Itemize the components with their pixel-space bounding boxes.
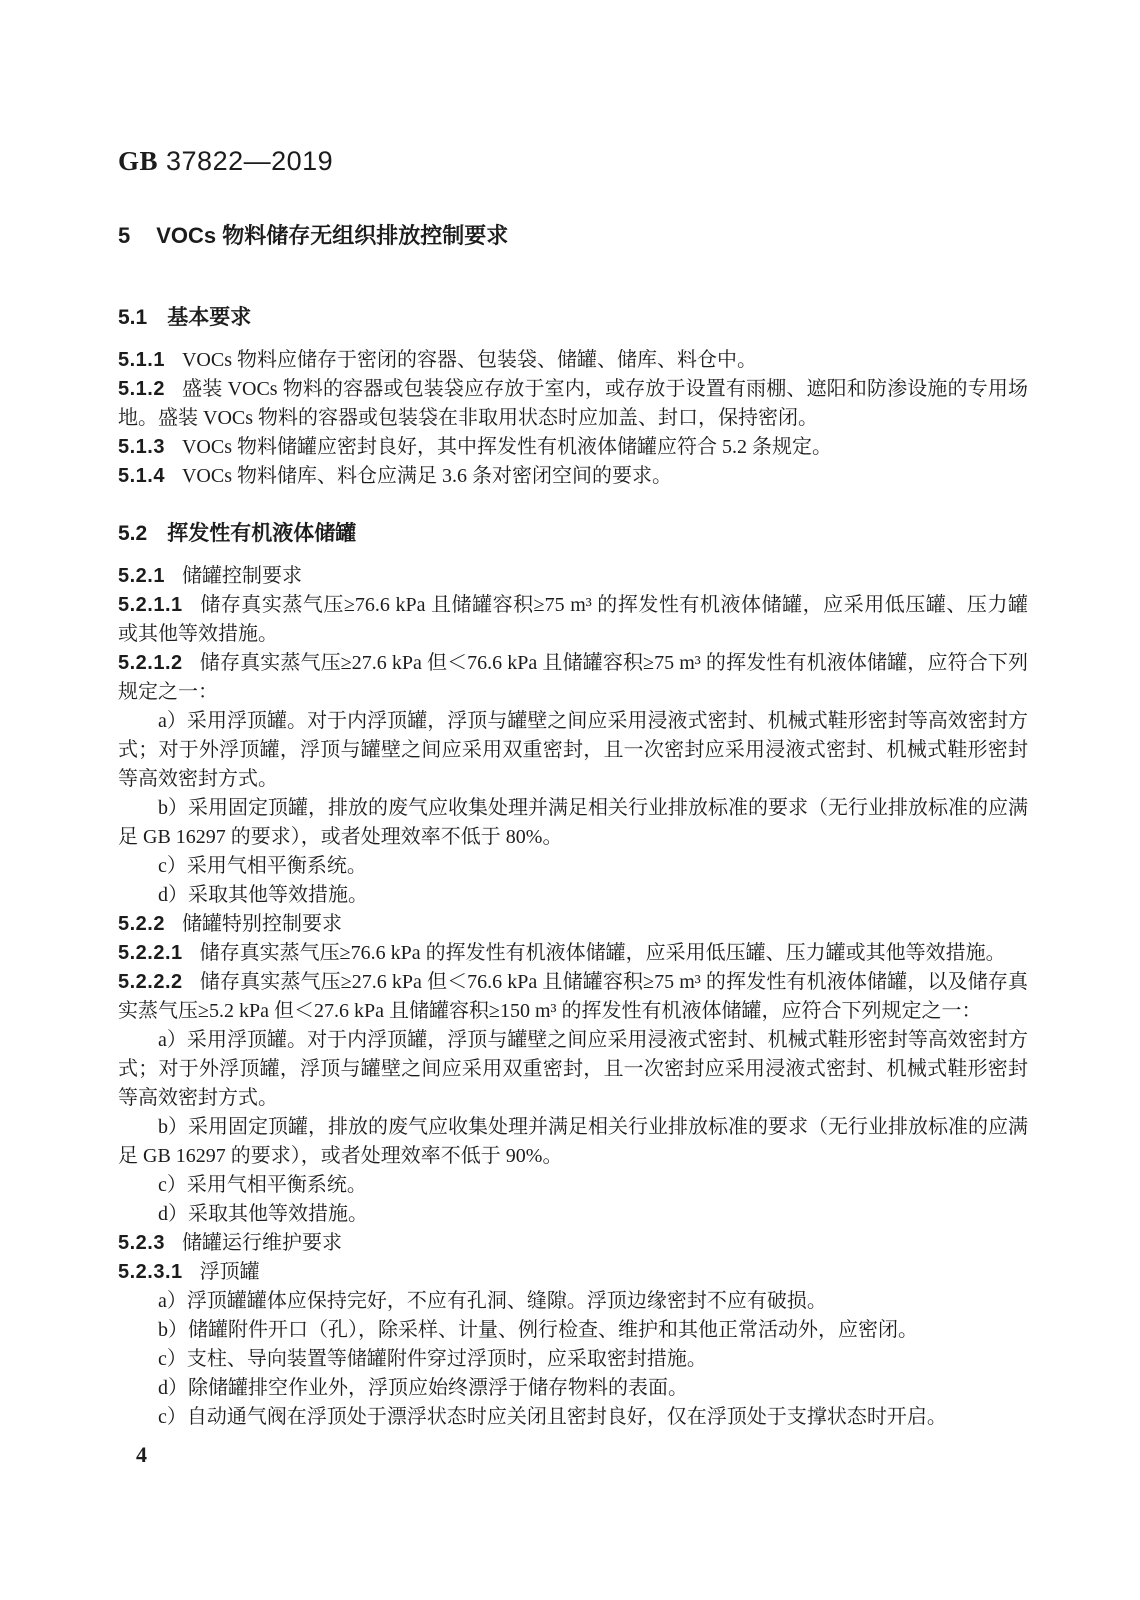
standard-header-gb: GB (118, 146, 158, 176)
section-title: 挥发性有机液体储罐 (167, 522, 356, 545)
section-heading-5-1: 5.1基本要求 (118, 303, 1028, 332)
clause-number: 5.2.2 (118, 913, 165, 935)
clause-5-2-1: 5.2.1储罐控制要求 (118, 562, 1028, 591)
standard-header: GB 37822—2019 (118, 146, 1140, 177)
section-number: 5 (118, 223, 130, 248)
list-item-text: d）采取其他等效措施。 (158, 884, 368, 906)
clause-text: VOCs 物料储库、料仓应满足 3.6 条对密闭空间的要求。 (182, 465, 672, 487)
section-heading-5-2: 5.2挥发性有机液体储罐 (118, 519, 1028, 548)
list-item-text: a）浮顶罐罐体应保持完好，不应有孔洞、缝隙。浮顶边缘密封不应有破损。 (158, 1290, 827, 1312)
clause-number: 5.1.3 (118, 436, 165, 458)
clause-5-2-1-1: 5.2.1.1储存真实蒸气压≥76.6 kPa 且储罐容积≥75 m³ 的挥发性… (118, 591, 1028, 649)
clause-number: 5.2.1.1 (118, 594, 183, 616)
clause-5-1-3: 5.1.3VOCs 物料储罐应密封良好，其中挥发性有机液体储罐应符合 5.2 条… (118, 433, 1028, 462)
section-title: 基本要求 (167, 306, 251, 329)
clause-text: 储存真实蒸气压≥27.6 kPa 但＜76.6 kPa 且储罐容积≥75 m³ … (118, 652, 1028, 703)
standard-header-code: 37822—2019 (158, 146, 333, 176)
section-number: 5.2 (118, 522, 147, 545)
clause-number: 5.2.2.1 (118, 942, 183, 964)
clause-5-1-2: 5.1.2盛装 VOCs 物料的容器或包装袋应存放于室内，或存放于设置有雨棚、遮… (118, 375, 1028, 433)
clause-text: 储罐运行维护要求 (182, 1232, 342, 1254)
list-item-d: d）采取其他等效措施。 (118, 881, 1028, 910)
clause-number: 5.2.1.2 (118, 652, 183, 674)
clause-text: VOCs 物料应储存于密闭的容器、包装袋、储罐、储库、料仓中。 (182, 349, 757, 371)
list-item-text: c）采用气相平衡系统。 (158, 855, 367, 877)
list-item-text: c）采用气相平衡系统。 (158, 1174, 367, 1196)
page-number: 4 (136, 1442, 147, 1468)
list-item-text: d）采取其他等效措施。 (158, 1203, 368, 1225)
document-page: GB 37822—2019 5VOCs 物料储存无组织排放控制要求 5.1基本要… (0, 0, 1140, 1600)
list-item-text: c）支柱、导向装置等储罐附件穿过浮顶时，应采取密封措施。 (158, 1348, 707, 1370)
clause-text: 浮顶罐 (200, 1261, 260, 1283)
list-item-text: b）储罐附件开口（孔），除采样、计量、例行检查、维护和其他正常活动外，应密闭。 (158, 1319, 918, 1341)
clause-number: 5.2.3.1 (118, 1261, 183, 1283)
list-item-text: c）自动通气阀在浮顶处于漂浮状态时应关闭且密封良好，仅在浮顶处于支撑状态时开启。 (158, 1406, 947, 1428)
list-item-b: b）采用固定顶罐，排放的废气应收集处理并满足相关行业排放标准的要求（无行业排放标… (118, 1113, 1028, 1171)
clause-text: 储存真实蒸气压≥27.6 kPa 但＜76.6 kPa 且储罐容积≥75 m³ … (118, 971, 1028, 1022)
section-title: VOCs 物料储存无组织排放控制要求 (156, 223, 508, 248)
clause-number: 5.2.3 (118, 1232, 165, 1254)
list-item-text: a）采用浮顶罐。对于内浮顶罐，浮顶与罐壁之间应采用浸液式密封、机械式鞋形密封等高… (118, 710, 1028, 790)
clause-5-2-3-1: 5.2.3.1浮顶罐 (118, 1258, 1028, 1287)
document-content: 5VOCs 物料储存无组织排放控制要求 5.1基本要求 5.1.1VOCs 物料… (0, 221, 1140, 1432)
list-item-c: c）支柱、导向装置等储罐附件穿过浮顶时，应采取密封措施。 (118, 1345, 1028, 1374)
clause-number: 5.2.1 (118, 565, 165, 587)
list-item-d: d）采取其他等效措施。 (118, 1200, 1028, 1229)
section-heading-5: 5VOCs 物料储存无组织排放控制要求 (118, 221, 1028, 251)
list-item-text: b）采用固定顶罐，排放的废气应收集处理并满足相关行业排放标准的要求（无行业排放标… (118, 1116, 1028, 1167)
clause-number: 5.1.2 (118, 378, 165, 400)
list-item-b: b）储罐附件开口（孔），除采样、计量、例行检查、维护和其他正常活动外，应密闭。 (118, 1316, 1028, 1345)
list-item-b: b）采用固定顶罐，排放的废气应收集处理并满足相关行业排放标准的要求（无行业排放标… (118, 794, 1028, 852)
clause-5-1-1: 5.1.1VOCs 物料应储存于密闭的容器、包装袋、储罐、储库、料仓中。 (118, 346, 1028, 375)
clause-text: 储存真实蒸气压≥76.6 kPa 且储罐容积≥75 m³ 的挥发性有机液体储罐，… (118, 594, 1028, 645)
clause-5-2-2-1: 5.2.2.1储存真实蒸气压≥76.6 kPa 的挥发性有机液体储罐，应采用低压… (118, 939, 1028, 968)
clause-5-2-2: 5.2.2储罐特别控制要求 (118, 910, 1028, 939)
clause-number: 5.2.2.2 (118, 971, 183, 993)
clause-text: 储存真实蒸气压≥76.6 kPa 的挥发性有机液体储罐，应采用低压罐、压力罐或其… (200, 942, 1006, 964)
clause-text: 储罐特别控制要求 (182, 913, 342, 935)
clause-number: 5.1.4 (118, 465, 165, 487)
clause-text: VOCs 物料储罐应密封良好，其中挥发性有机液体储罐应符合 5.2 条规定。 (182, 436, 832, 458)
list-item-a: a）采用浮顶罐。对于内浮顶罐，浮顶与罐壁之间应采用浸液式密封、机械式鞋形密封等高… (118, 707, 1028, 794)
list-item-a: a）浮顶罐罐体应保持完好，不应有孔洞、缝隙。浮顶边缘密封不应有破损。 (118, 1287, 1028, 1316)
list-item-text: a）采用浮顶罐。对于内浮顶罐，浮顶与罐壁之间应采用浸液式密封、机械式鞋形密封等高… (118, 1029, 1028, 1109)
clause-5-2-3: 5.2.3储罐运行维护要求 (118, 1229, 1028, 1258)
clause-5-2-2-2: 5.2.2.2储存真实蒸气压≥27.6 kPa 但＜76.6 kPa 且储罐容积… (118, 968, 1028, 1026)
list-item-c: c）采用气相平衡系统。 (118, 1171, 1028, 1200)
section-number: 5.1 (118, 306, 147, 329)
clause-5-2-1-2: 5.2.1.2储存真实蒸气压≥27.6 kPa 但＜76.6 kPa 且储罐容积… (118, 649, 1028, 707)
list-item-text: b）采用固定顶罐，排放的废气应收集处理并满足相关行业排放标准的要求（无行业排放标… (118, 797, 1028, 848)
clause-text: 储罐控制要求 (182, 565, 302, 587)
clause-number: 5.1.1 (118, 349, 165, 371)
list-item-d: d）除储罐排空作业外，浮顶应始终漂浮于储存物料的表面。 (118, 1374, 1028, 1403)
list-item-c: c）采用气相平衡系统。 (118, 852, 1028, 881)
list-item-a: a）采用浮顶罐。对于内浮顶罐，浮顶与罐壁之间应采用浸液式密封、机械式鞋形密封等高… (118, 1026, 1028, 1113)
list-item-text: d）除储罐排空作业外，浮顶应始终漂浮于储存物料的表面。 (158, 1377, 688, 1399)
clause-5-1-4: 5.1.4VOCs 物料储库、料仓应满足 3.6 条对密闭空间的要求。 (118, 462, 1028, 491)
clause-text: 盛装 VOCs 物料的容器或包装袋应存放于室内，或存放于设置有雨棚、遮阳和防渗设… (118, 378, 1028, 429)
list-item-e: c）自动通气阀在浮顶处于漂浮状态时应关闭且密封良好，仅在浮顶处于支撑状态时开启。 (118, 1403, 1028, 1432)
